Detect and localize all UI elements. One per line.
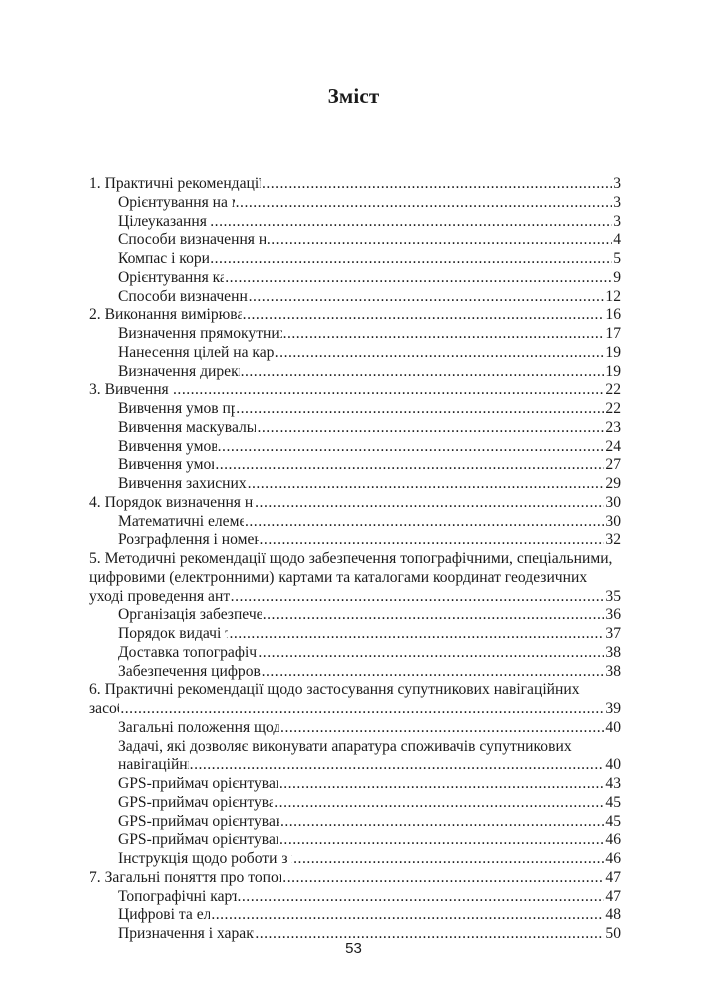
toc-subentry[interactable]: Вивчення умов ведення вогню27 [89,456,621,475]
toc-entry-page: 3 [613,194,621,213]
toc-entry-label: Вивчення маскувальних властивостей місце… [118,419,256,438]
dot-leader [275,344,605,363]
toc-entry-label: Інструкція щодо роботи з навігаційними п… [118,850,292,869]
dot-leader [229,625,604,644]
dot-leader [258,644,604,663]
toc-subentry[interactable]: Компас і користування ним.5 [89,250,621,269]
toc-entry-label: Цифрові та електронні карти [118,906,210,925]
toc-entry-label: GPS-приймач орієнтування на місцевості G… [118,775,278,794]
toc-subentry[interactable]: Цілеуказання на місцевості.3 [89,213,621,232]
toc-entry-label: Вивчення умов ведення вогню [118,456,214,475]
toc-entry-page: 43 [605,775,621,794]
dot-leader [280,813,604,832]
toc-entry-label: 3. Вивчення місцевості. [89,381,172,400]
toc-entry-page: 30 [605,494,621,513]
dot-leader [280,719,604,738]
toc-subentry[interactable]: GPS-приймач орієнтування на місцевості G… [89,794,621,813]
dot-leader [210,213,612,232]
page-number: 53 [0,940,707,957]
dot-leader [262,663,605,682]
toc-entry-page: 22 [605,400,621,419]
dot-leader [279,775,605,794]
toc-entry-label: Цілеуказання на місцевості. [118,213,209,232]
toc-entry-page: 22 [605,381,621,400]
toc-entry-page: 19 [605,344,621,363]
toc-entry-page: 19 [605,363,621,382]
dot-leader [190,756,605,775]
toc-entry-page: 36 [605,606,621,625]
toc-entry-label: Математичні елементи топографічних карт [118,513,244,532]
toc-entry[interactable]: 4. Порядок визначення номенклатури топог… [89,494,621,513]
toc-entry-label: навігаційних систем. [118,756,189,775]
toc-subentry[interactable]: GPS-приймач орієнтування на місцевості G… [89,813,621,832]
toc-entry-page: 29 [605,475,621,494]
toc-entry-page: 3 [613,175,621,194]
toc-entry-page: 40 [605,719,621,738]
toc-entry-page: 48 [605,906,621,925]
toc-entry-label: Розграфлення і номенклатура топографічни… [118,531,259,550]
toc-entry-label: 2. Виконання вимірювань за топографічною… [89,306,242,325]
toc-subentry[interactable]: Забезпечення цифровими (електронними) ка… [89,663,621,682]
toc-entry-page: 40 [605,756,621,775]
toc-subentry[interactable]: Розграфлення і номенклатура топографічни… [89,531,621,550]
toc-entry-label: Компас і користування ним. [118,250,209,269]
dot-leader [215,456,604,475]
toc-entry-page: 45 [605,813,621,832]
toc-entry[interactable]: 1. Практичні рекомендації щодо орієнтува… [89,175,621,194]
toc-entry-label: GPS-приймач орієнтування на місцевості G… [118,794,273,813]
toc-subentry[interactable]: Інструкція щодо роботи з навігаційними п… [89,850,621,869]
toc-entry-label: 4. Порядок визначення номенклатури топог… [89,494,254,513]
dot-leader [173,381,604,400]
dot-leader [120,700,604,719]
toc-entry-label-line: 5. Методичні рекомендації щодо забезпече… [89,550,621,569]
dot-leader [248,475,605,494]
dot-leader [293,850,604,869]
dot-leader [231,588,605,607]
dot-leader [236,400,604,419]
toc-entry-page: 39 [605,700,621,719]
toc-subentry[interactable]: Нанесення цілей на карту за прямокутними… [89,344,621,363]
dot-leader [260,531,605,550]
toc-entry-label: Визначення прямокутних координат за топо… [118,325,282,344]
dot-leader [225,269,612,288]
toc-subentry[interactable]: Орієнтування карти на місцевості9 [89,269,621,288]
toc-entry-page: 47 [605,869,621,888]
toc-subentry[interactable]: Цифрові та електронні карти48 [89,906,621,925]
toc-entry-page: 30 [605,513,621,532]
toc-subentry[interactable]: GPS-приймач орієнтування на місцевості G… [89,831,621,850]
toc-entry-page: 46 [605,850,621,869]
toc-entry-label: Організація забезпечення топографічними … [118,606,262,625]
toc-entry-page: 23 [605,419,621,438]
toc-entry-label: Визначення дирекційних кутів і азимутів [118,363,240,382]
toc-entry-page: 4 [613,231,621,250]
toc-entry-page: 16 [605,306,621,325]
dot-leader [245,513,604,532]
toc-entry-label: Забезпечення цифровими (електронними) ка… [118,663,261,682]
toc-entry-page: 27 [605,456,621,475]
dot-leader [262,175,612,194]
toc-subentry[interactable]: Способи визначення відстаней на місцевос… [89,288,621,307]
toc-entry[interactable]: Задачі, які дозволяє виконувати апаратур… [89,738,621,776]
toc-entry-page: 5 [613,250,621,269]
toc-entry-label: Способи визначення відстаней на місцевос… [118,288,248,307]
dot-leader [267,231,612,250]
toc-entry-label: уході проведення антитерористичної опера… [89,588,230,607]
dot-leader [257,419,604,438]
toc-entry-label: засобів. [89,700,119,719]
dot-leader [238,888,605,907]
toc-subentry[interactable]: Організація забезпечення топографічними … [89,606,621,625]
toc-entry-page: 35 [605,588,621,607]
toc-subentry[interactable]: Визначення прямокутних координат за топо… [89,325,621,344]
toc-entry-label: Способи визначення напрямів на сторони г… [118,231,266,250]
toc-entry-label: GPS-приймач орієнтування на місцевості G… [118,813,279,832]
toc-entry-label: Орієнтування карти на місцевості [118,269,224,288]
toc-entry-label: Нанесення цілей на карту за прямокутними… [118,344,274,363]
toc-subentry[interactable]: Вивчення умов спостереження.24 [89,438,621,457]
toc-subentry[interactable]: Орієнтування на місцевості без карти.3 [89,194,621,213]
toc-entry[interactable]: 3. Вивчення місцевості.22 [89,381,621,400]
toc-entry-label: Вивчення умов спостереження. [118,438,217,457]
toc-entry-label: Вивчення умов прохідності місцевості. [118,400,235,419]
page-title: Зміст [0,84,707,109]
toc-entry[interactable]: 7. Загальні поняття про топографічні, сп… [89,869,621,888]
toc-entry-page: 38 [605,644,621,663]
toc-entry-label-line: 6. Практичні рекомендації щодо застосува… [89,681,621,700]
toc-entry-label: Доставка топографічних карт у військові … [118,644,257,663]
toc-entry[interactable]: 6. Практичні рекомендації щодо застосува… [89,681,621,719]
toc-entry[interactable]: 5. Методичні рекомендації щодо забезпече… [89,550,621,606]
toc-entry-label: Орієнтування на місцевості без карти. [118,194,235,213]
toc-entry[interactable]: 2. Виконання вимірювань за топографічною… [89,306,621,325]
toc-entry-label: GPS-приймач орієнтування на місцевості G… [118,831,278,850]
dot-leader [279,831,604,850]
dot-leader [210,250,612,269]
dot-leader [218,438,605,457]
toc-entry-label: Порядок видачі топографічних карт. [118,625,228,644]
toc-subentry[interactable]: Порядок видачі топографічних карт.37 [89,625,621,644]
toc-subentry[interactable]: Загальні положення щодо роботи з навігац… [89,719,621,738]
toc-entry-label: 1. Практичні рекомендації щодо орієнтува… [89,175,261,194]
dot-leader [263,606,605,625]
toc-entry-page: 45 [605,794,621,813]
toc-entry-label-line: цифровими (електронними) картами та ката… [89,569,621,588]
toc-subentry[interactable]: Математичні елементи топографічних карт3… [89,513,621,532]
dot-leader [282,869,604,888]
dot-leader [283,325,605,344]
dot-leader [236,194,613,213]
toc-entry-label: Вивчення захисних властивостей місцевост… [118,475,247,494]
table-of-contents: 1. Практичні рекомендації щодо орієнтува… [89,175,621,944]
dot-leader [255,494,604,513]
toc-subentry[interactable]: Вивчення маскувальних властивостей місце… [89,419,621,438]
toc-entry-page: 37 [605,625,621,644]
toc-subentry[interactable]: Доставка топографічних карт у військові … [89,644,621,663]
toc-subentry[interactable]: Визначення дирекційних кутів і азимутів1… [89,363,621,382]
dot-leader [243,306,605,325]
toc-entry-page: 17 [605,325,621,344]
dot-leader [241,363,605,382]
toc-entry-page: 38 [605,663,621,682]
toc-entry-label: Топографічні карти та масштабний ряд. [118,888,237,907]
toc-entry-page: 47 [605,888,621,907]
dot-leader [249,288,605,307]
toc-subentry[interactable]: Вивчення умов прохідності місцевості.22 [89,400,621,419]
toc-entry-label-line: Задачі, які дозволяє виконувати апаратур… [89,738,621,757]
dot-leader [274,794,604,813]
toc-entry-page: 12 [605,288,621,307]
toc-subentry[interactable]: Топографічні карти та масштабний ряд.47 [89,888,621,907]
dot-leader [211,906,604,925]
toc-entry-page: 46 [605,831,621,850]
toc-subentry[interactable]: Способи визначення напрямів на сторони г… [89,231,621,250]
toc-entry-page: 3 [613,213,621,232]
toc-entry-page: 24 [605,438,621,457]
toc-entry-page: 9 [613,269,621,288]
toc-entry-page: 32 [605,531,621,550]
toc-subentry[interactable]: Вивчення захисних властивостей місцевост… [89,475,621,494]
toc-subentry[interactable]: GPS-приймач орієнтування на місцевості G… [89,775,621,794]
toc-entry-label: Загальні положення щодо роботи з навігац… [118,719,279,738]
toc-entry-label: 7. Загальні поняття про топографічні, сп… [89,869,281,888]
